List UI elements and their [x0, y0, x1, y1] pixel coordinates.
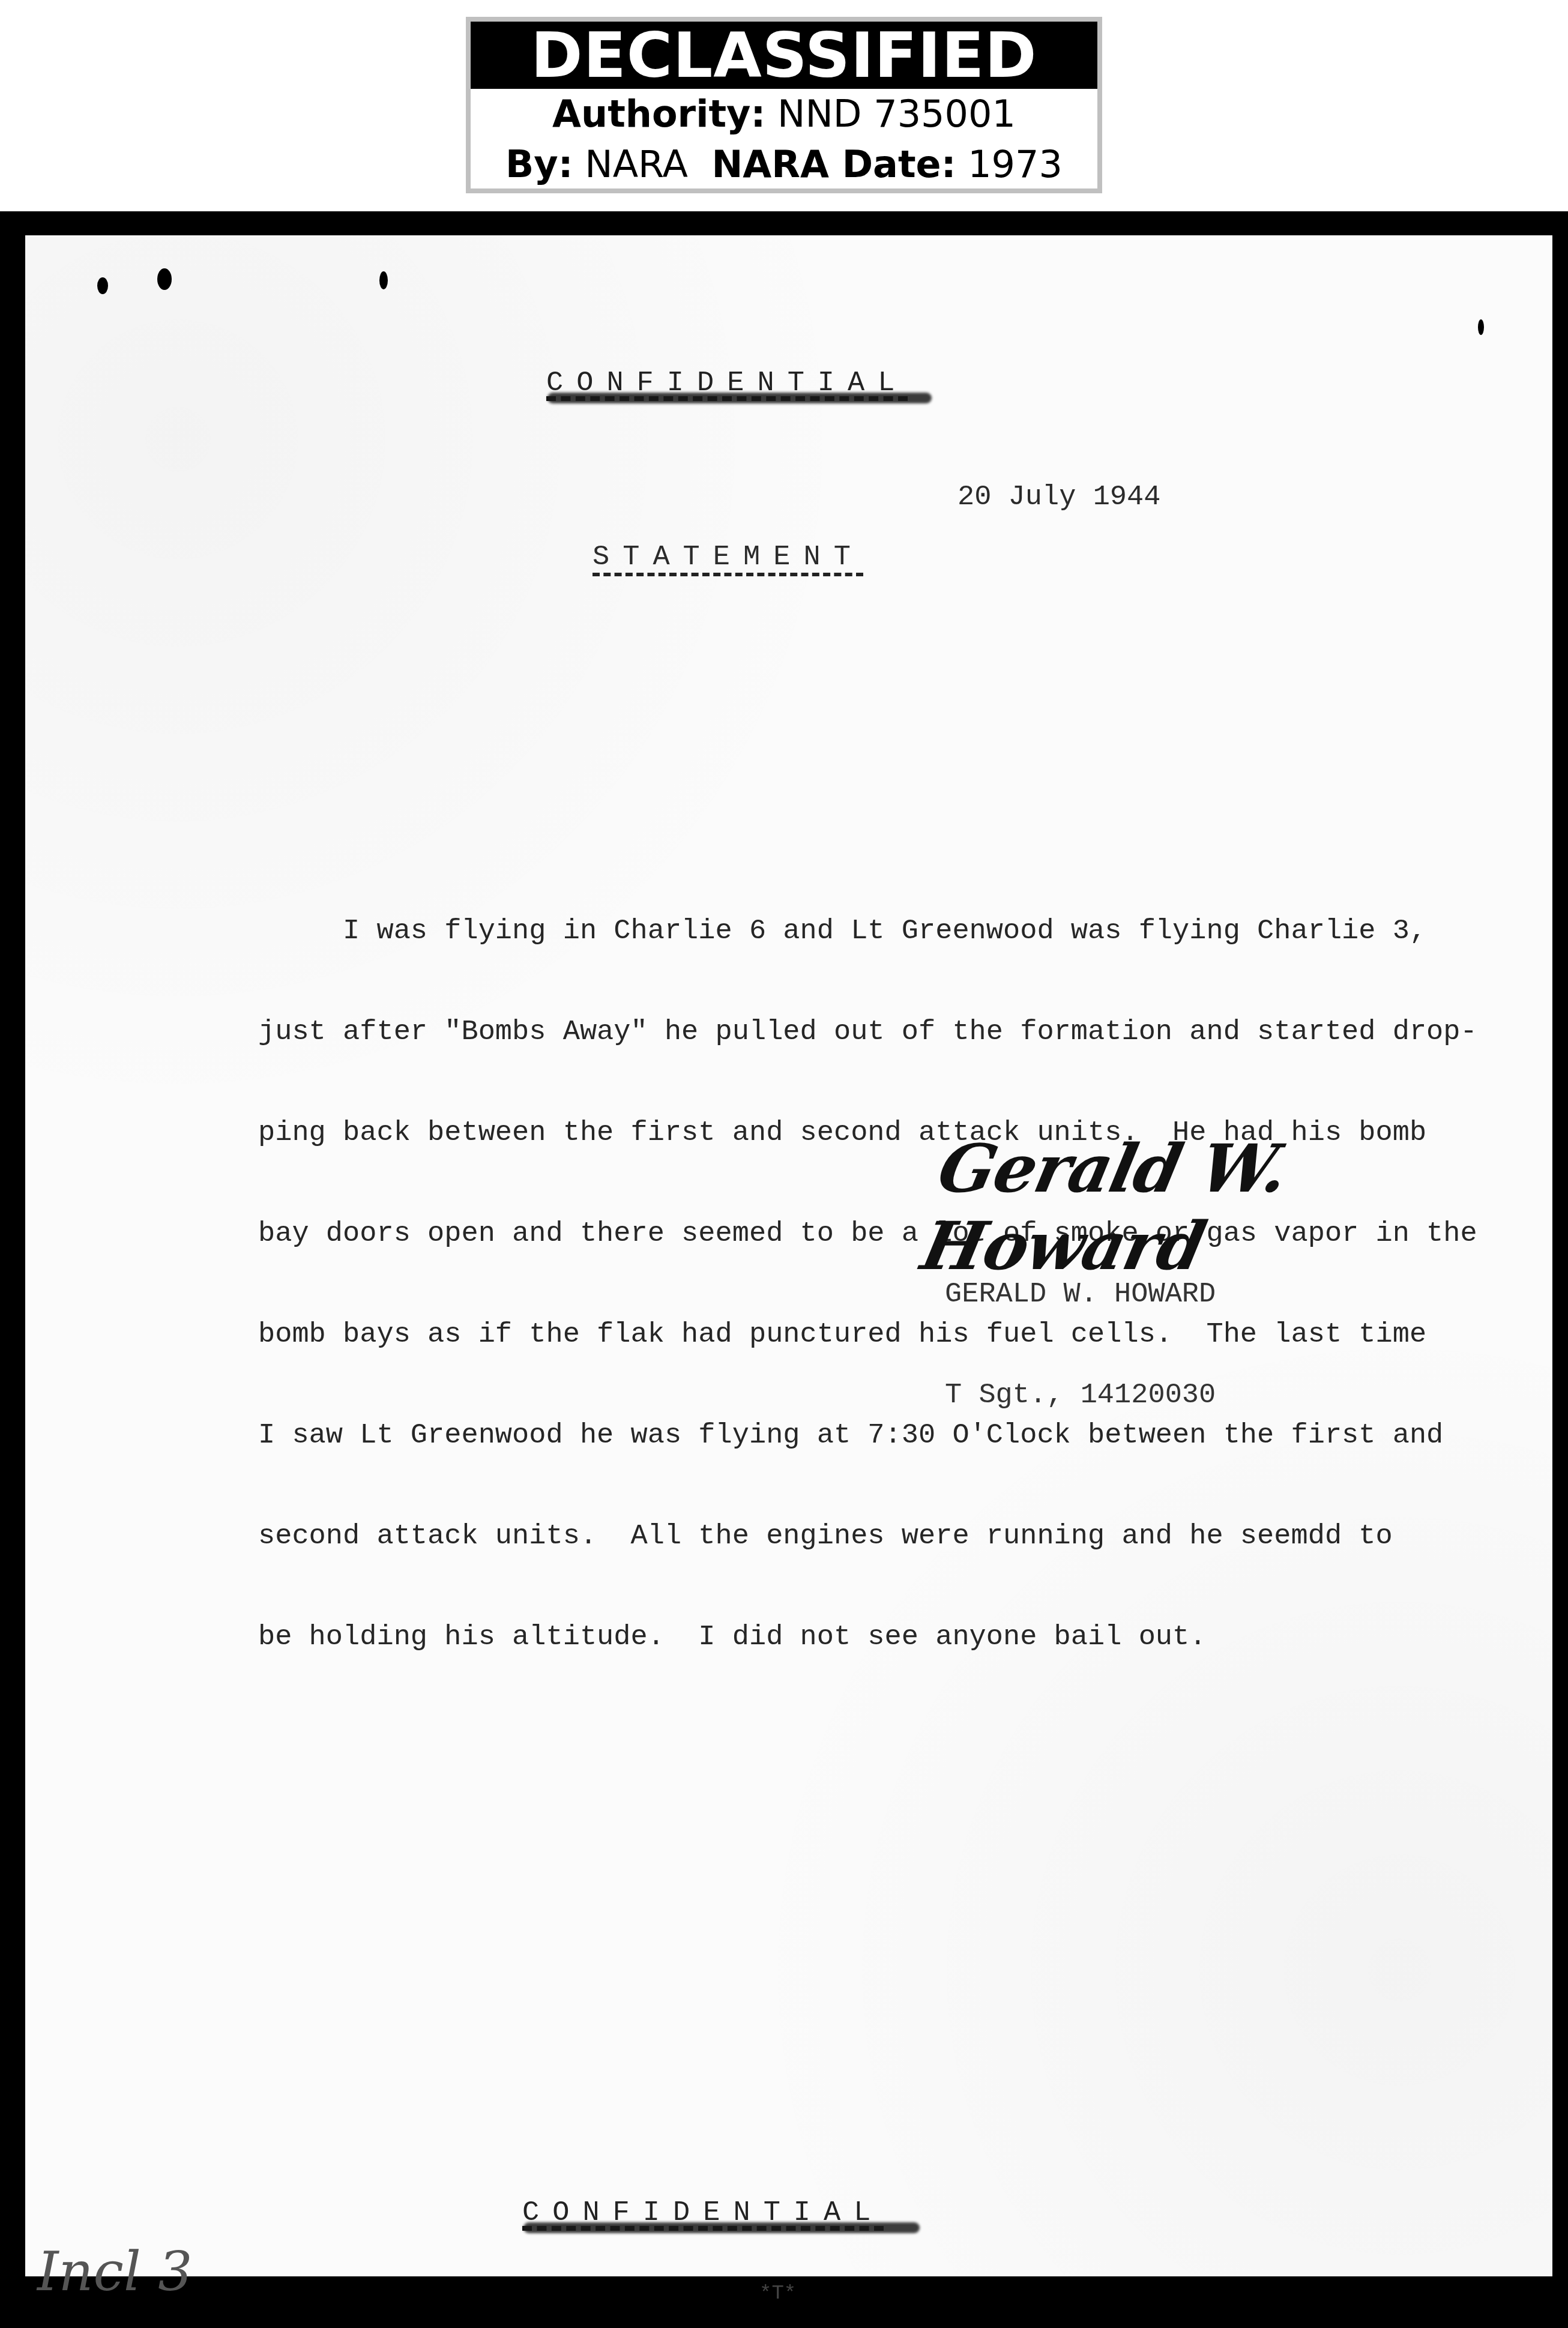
- document-title: STATEMENT: [593, 541, 864, 573]
- body-line: be holding his altitude. I did not see a…: [258, 1621, 1477, 1654]
- body-line: I saw Lt Greenwood he was flying at 7:30…: [258, 1419, 1477, 1453]
- nara-date-label: NARA Date:: [711, 142, 956, 186]
- body-line: bomb bays as if the flak had punctured h…: [258, 1318, 1477, 1352]
- document-page: CONFIDENTIAL 20 July 1944 STATEMENT I wa…: [25, 235, 1552, 2276]
- page-mark: *T*: [759, 2282, 796, 2305]
- statement-body: I was flying in Charlie 6 and Lt Greenwo…: [258, 848, 1477, 1722]
- document-date: 20 July 1944: [957, 481, 1160, 513]
- scanned-page-frame: CONFIDENTIAL 20 July 1944 STATEMENT I wa…: [0, 211, 1568, 2328]
- stamp-authority: Authority: NND 735001: [471, 89, 1097, 139]
- body-line: second attack units. All the engines wer…: [258, 1520, 1477, 1554]
- ink-speck: [379, 271, 388, 289]
- signature-block: GERALD W. HOWARD T Sgt., 14120030: [945, 1211, 1216, 1480]
- by-value: NARA: [585, 142, 688, 186]
- signer-name: GERALD W. HOWARD: [945, 1278, 1216, 1312]
- nara-date-value: 1973: [968, 142, 1063, 186]
- ink-speck: [1478, 319, 1484, 335]
- body-line: I was flying in Charlie 6 and Lt Greenwo…: [258, 915, 1477, 948]
- declassified-stamp: DECLASSIFIED Authority: NND 735001 By: N…: [466, 17, 1102, 193]
- ink-speck: [97, 277, 108, 294]
- ink-speck: [157, 268, 172, 290]
- by-label: By:: [505, 142, 573, 186]
- body-line: just after "Bombs Away" he pulled out of…: [258, 1016, 1477, 1049]
- handwritten-enclosure-note: Incl 3: [37, 2240, 193, 2303]
- classification-strikethrough: [523, 2222, 920, 2233]
- classification-strikethrough: [547, 393, 932, 403]
- authority-value: NND 735001: [777, 92, 1016, 136]
- stamp-by-date: By: NARA NARA Date: 1973: [471, 139, 1097, 190]
- authority-label: Authority:: [552, 92, 765, 136]
- stamp-title: DECLASSIFIED: [471, 22, 1097, 89]
- signer-rank-serial: T Sgt., 14120030: [945, 1379, 1216, 1413]
